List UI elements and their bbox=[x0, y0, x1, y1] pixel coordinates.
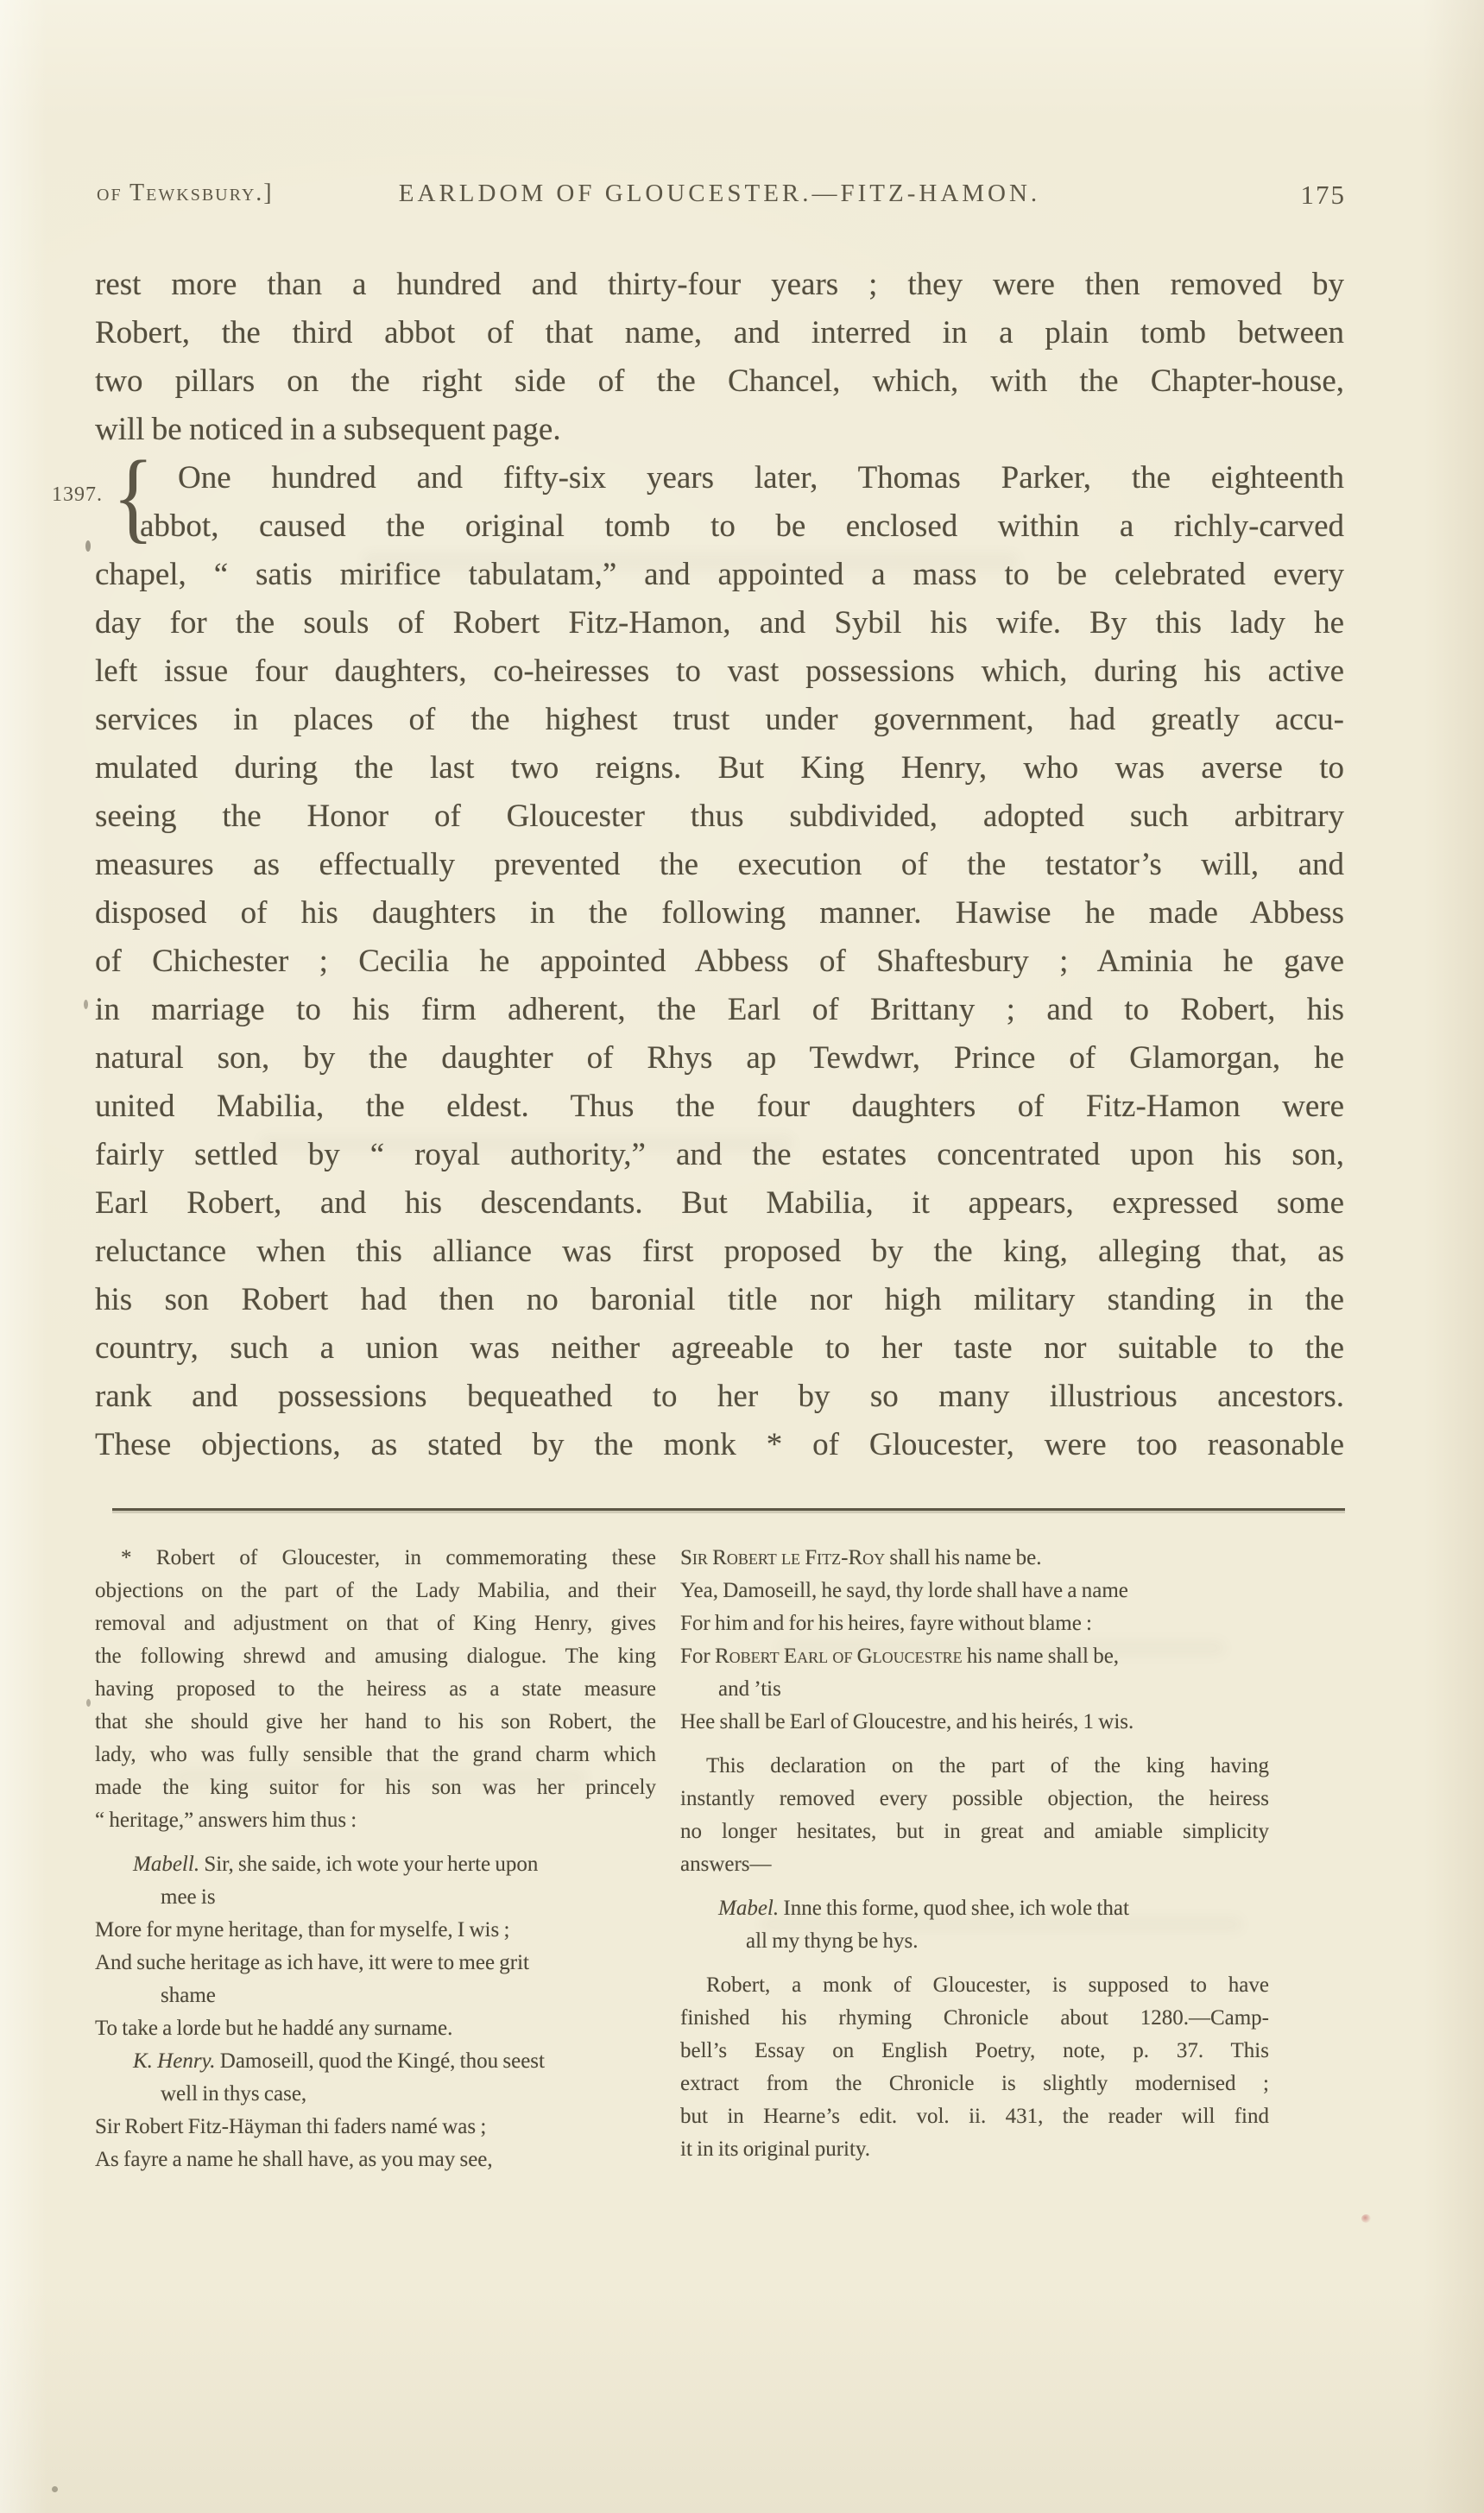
text-line: removal and adjustment on that of King H… bbox=[95, 1607, 656, 1640]
text-line: united Mabilia, the eldest. Thus the fou… bbox=[95, 1083, 1344, 1131]
text-line: Earl Robert, and his descendants. But Ma… bbox=[95, 1179, 1344, 1228]
text-line: and ’tis bbox=[680, 1673, 1269, 1706]
text-line: * Robert of Gloucester, in commemorating… bbox=[95, 1542, 656, 1575]
text-line: services in places of the highest trust … bbox=[95, 696, 1344, 744]
text-line: rest more than a hundred and thirty-four… bbox=[95, 261, 1344, 309]
text-line: seeing the Honor of Gloucester thus subd… bbox=[95, 792, 1344, 841]
margin-brace: { bbox=[112, 445, 154, 547]
text-line: And suche heritage as ich have, itt were… bbox=[95, 1947, 656, 1979]
text-line: reluctance when this alliance was first … bbox=[95, 1228, 1344, 1276]
text-line: country, such a union was neither agreea… bbox=[95, 1324, 1344, 1373]
text-line: measures as effectually prevented the ex… bbox=[95, 841, 1344, 889]
page-number: 175 bbox=[1301, 180, 1347, 211]
scan-speck bbox=[85, 540, 91, 552]
text-line: day for the souls of Robert Fitz-Hamon, … bbox=[95, 599, 1344, 647]
text-line: well in thys case, bbox=[95, 2078, 656, 2111]
text-line: but in Hearne’s edit. vol. ii. 431, the … bbox=[680, 2100, 1269, 2133]
text-line: of Chichester ; Cecilia he appointed Abb… bbox=[95, 938, 1344, 986]
text-line: K. Henry. Damoseill, quod the Kingé, tho… bbox=[95, 2045, 656, 2078]
show-through-artifact bbox=[760, 1916, 1243, 1932]
text-line: Mabell. Sir, she saide, ich wote your he… bbox=[95, 1848, 656, 1881]
scan-speck bbox=[84, 1000, 88, 1009]
book-page: of Tewksbury.] EARLDOM OF GLOUCESTER.—FI… bbox=[0, 0, 1484, 2513]
text-line: abbot, caused the original tomb to be en… bbox=[95, 502, 1344, 551]
text-line: mee is bbox=[95, 1881, 656, 1914]
main-text-block: rest more than a hundred and thirty-four… bbox=[95, 261, 1344, 1469]
text-line: instantly removed every possible objecti… bbox=[680, 1783, 1269, 1815]
text-line: shame bbox=[95, 1979, 656, 2012]
show-through-artifact bbox=[777, 1640, 1226, 1656]
text-line: having proposed to the heiress as a stat… bbox=[95, 1673, 656, 1706]
text-line: will be noticed in a subsequent page. bbox=[95, 406, 1344, 454]
text-line: lady, who was fully sensible that the gr… bbox=[95, 1739, 656, 1771]
text-line: in marriage to his firm adherent, the Ea… bbox=[95, 986, 1344, 1034]
text-line: two pillars on the right side of the Cha… bbox=[95, 357, 1344, 406]
text-line: For him and for his heires, fayre withou… bbox=[680, 1607, 1269, 1640]
text-line: natural son, by the daughter of Rhys ap … bbox=[95, 1034, 1344, 1083]
pink-stain-dot bbox=[1361, 2214, 1371, 2223]
text-line: his son Robert had then no baronial titl… bbox=[95, 1276, 1344, 1324]
text-line: finished his rhyming Chronicle about 128… bbox=[680, 2002, 1269, 2035]
text-line: no longer hesitates, but in great and am… bbox=[680, 1815, 1269, 1848]
text-line: This declaration on the part of the king… bbox=[680, 1750, 1269, 1783]
text-line: Robert, the third abbot of that name, an… bbox=[95, 309, 1344, 357]
text-line: “ heritage,” answers him thus : bbox=[95, 1804, 656, 1837]
text-line: it in its original purity. bbox=[680, 2133, 1269, 2166]
text-line: To take a lorde but he haddé any surname… bbox=[95, 2012, 656, 2045]
text-line: As fayre a name he shall have, as you ma… bbox=[95, 2144, 656, 2176]
margin-year-note: 1397. bbox=[52, 483, 103, 507]
text-line: Hee shall be Earl of Gloucestre, and his… bbox=[680, 1706, 1269, 1739]
text-line: These objections, as stated by the monk … bbox=[95, 1421, 1344, 1469]
show-through-artifact bbox=[363, 552, 1019, 571]
text-line: rank and possessions bequeathed to her b… bbox=[95, 1373, 1344, 1421]
page-header: of Tewksbury.] EARLDOM OF GLOUCESTER.—FI… bbox=[0, 180, 1484, 218]
text-line: objections on the part of the Lady Mabil… bbox=[95, 1575, 656, 1607]
text-line: disposed of his daughters in the followi… bbox=[95, 889, 1344, 938]
text-line: Sir Robert le Fitz-Roy shall his name be… bbox=[680, 1542, 1269, 1575]
scan-speck bbox=[52, 2486, 58, 2492]
text-line: answers— bbox=[680, 1848, 1269, 1881]
text-line: extract from the Chronicle is slightly m… bbox=[680, 2068, 1269, 2100]
chapter-running-title: EARLDOM OF GLOUCESTER.—FITZ-HAMON. bbox=[95, 180, 1344, 208]
text-line: Robert, a monk of Gloucester, is suppose… bbox=[680, 1969, 1269, 2002]
footnote-left-column: * Robert of Gloucester, in commemorating… bbox=[95, 1542, 656, 2176]
text-line: More for myne heritage, than for myselfe… bbox=[95, 1914, 656, 1947]
text-line: Sir Robert Fitz-Häyman thi faders namé w… bbox=[95, 2111, 656, 2144]
text-line: the following shrewd and amusing dialogu… bbox=[95, 1640, 656, 1673]
show-through-artifact bbox=[173, 1770, 587, 1785]
text-line: bell’s Essay on English Poetry, note, p.… bbox=[680, 2035, 1269, 2068]
text-line: Yea, Damoseill, he sayd, thy lorde shall… bbox=[680, 1575, 1269, 1607]
text-line: left issue four daughters, co-heiresses … bbox=[95, 647, 1344, 696]
text-line: that she should give her hand to his son… bbox=[95, 1706, 656, 1739]
footnote-rule bbox=[112, 1508, 1345, 1511]
text-line: One hundred and fifty-six years later, T… bbox=[95, 454, 1344, 502]
scan-speck bbox=[86, 1699, 91, 1707]
show-through-artifact bbox=[259, 1135, 794, 1152]
footnote-right-column: Sir Robert le Fitz-Roy shall his name be… bbox=[680, 1542, 1269, 2166]
text-line: mulated during the last two reigns. But … bbox=[95, 744, 1344, 792]
